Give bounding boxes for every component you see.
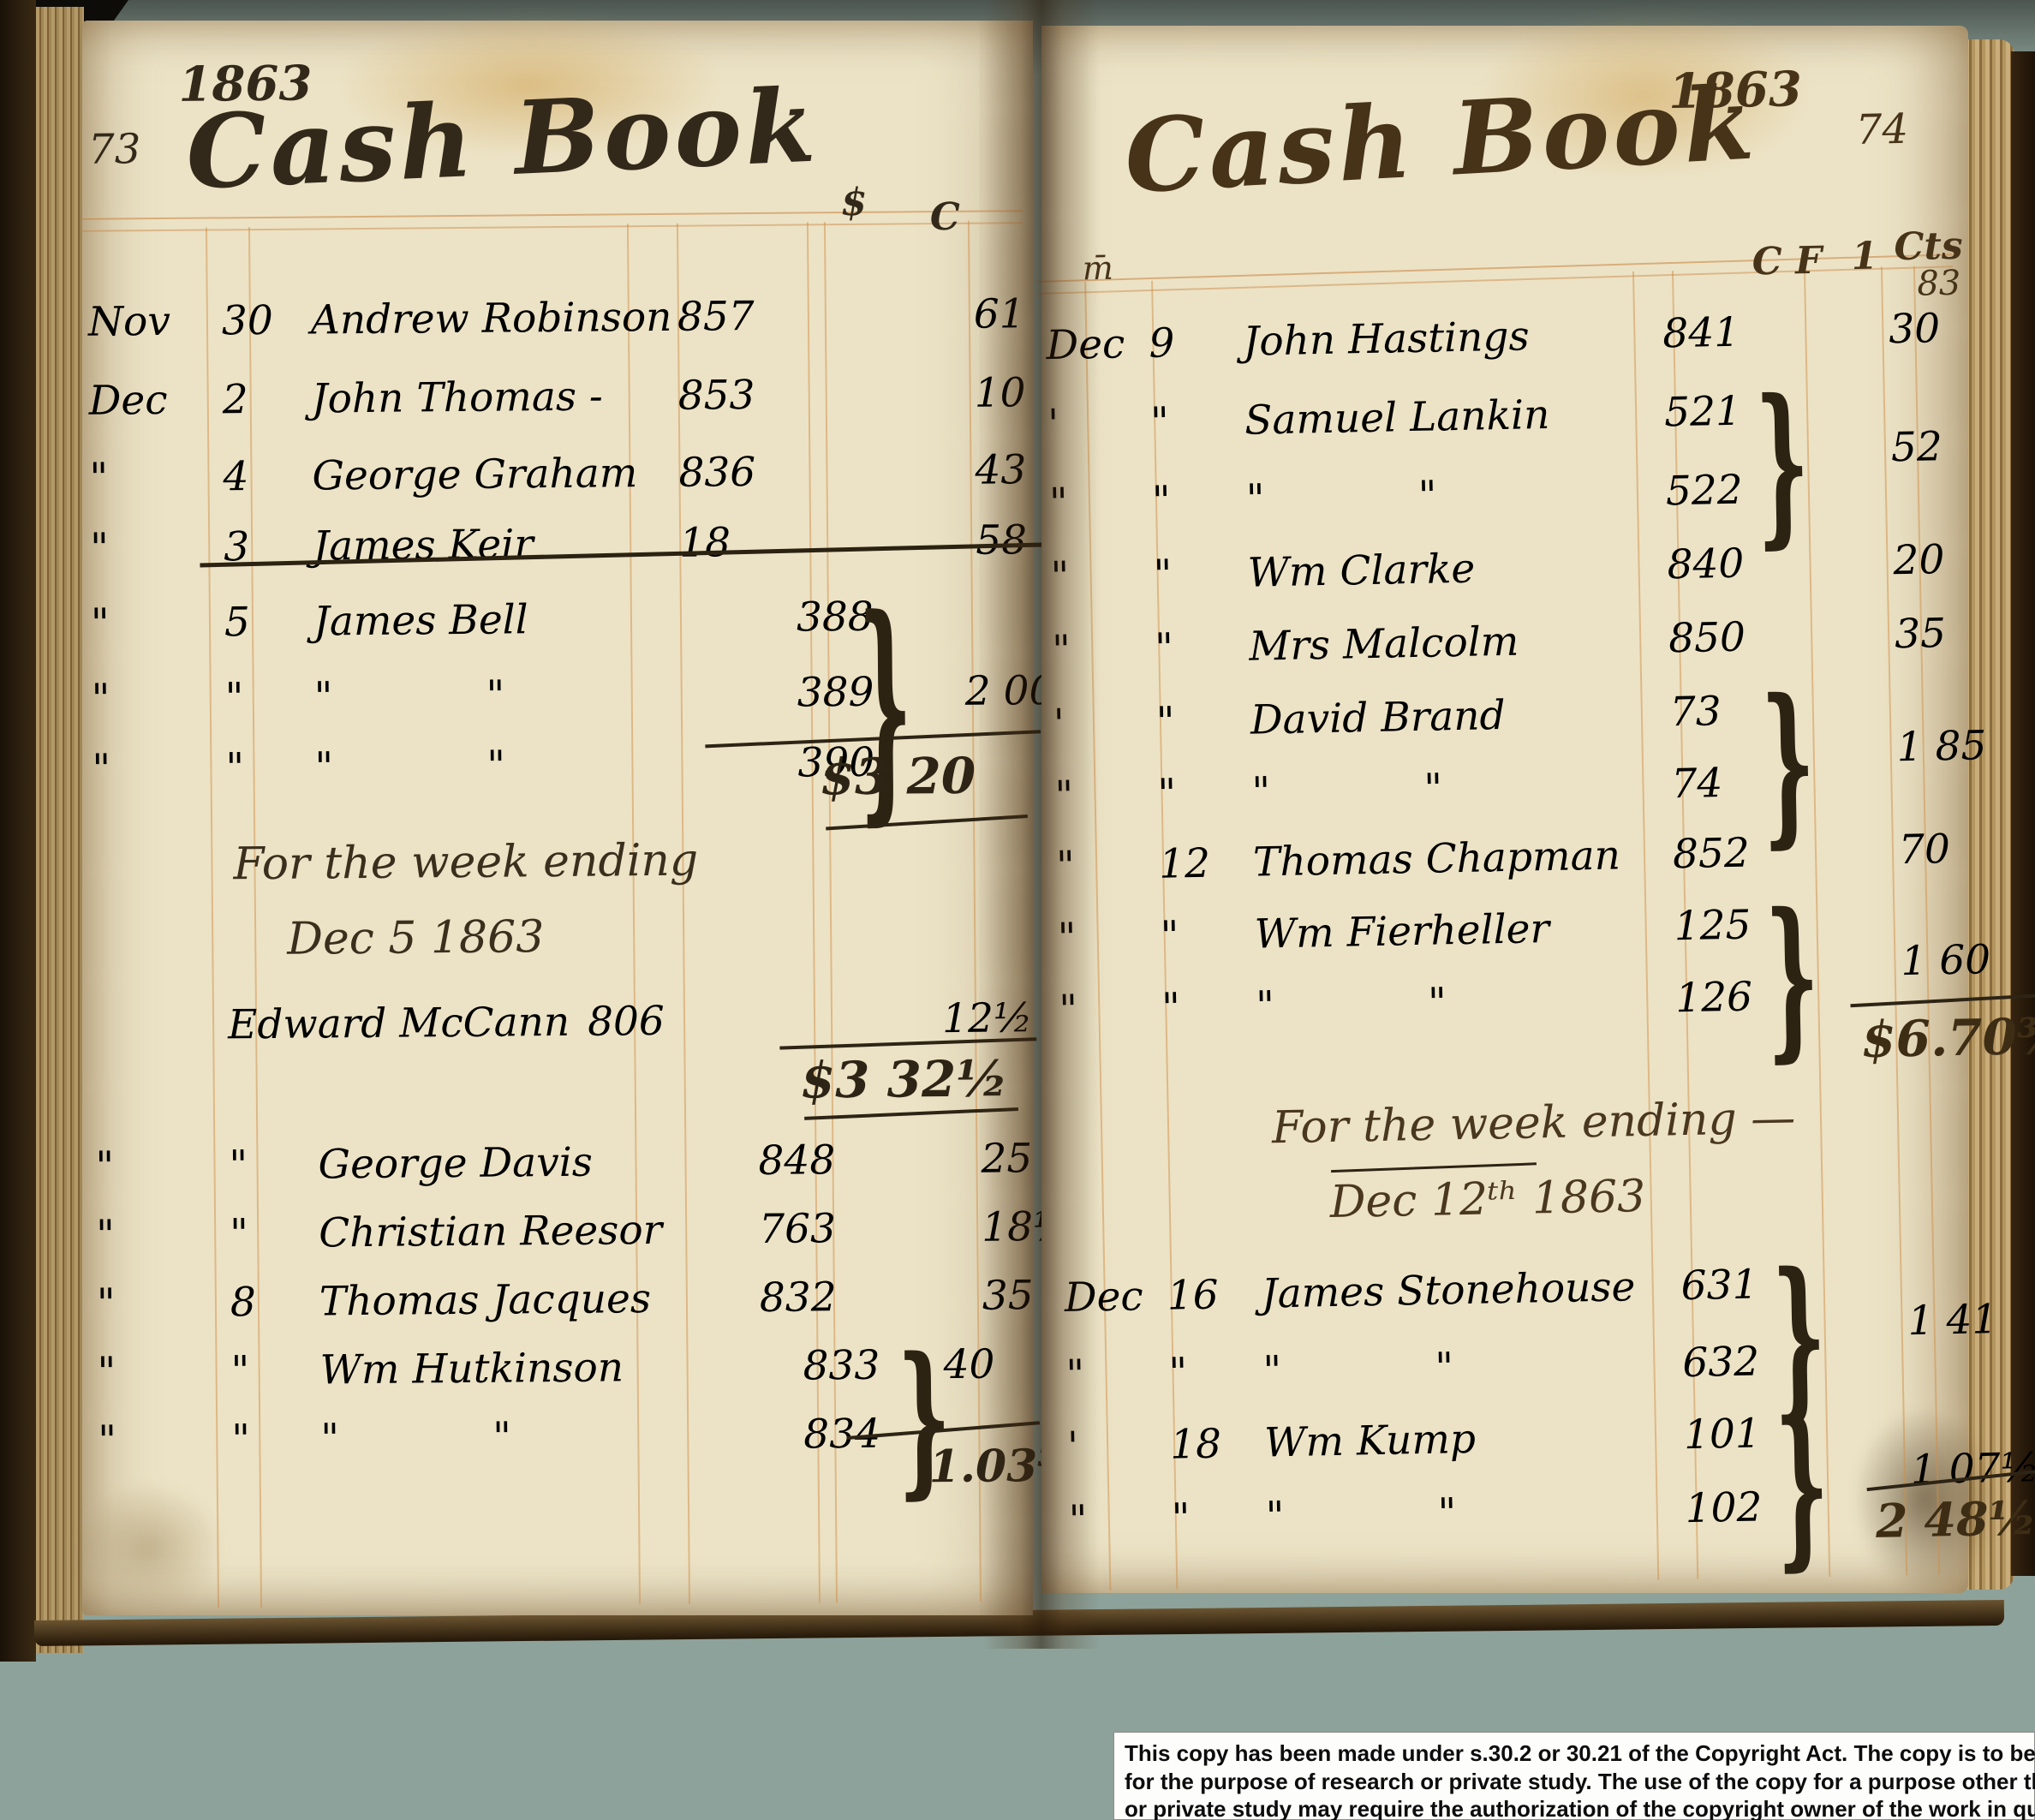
entry-name: John Hastings [1243, 313, 1530, 365]
page-number: 74 [1855, 105, 1908, 154]
entry-day: " [1155, 624, 1174, 671]
entry-month: " [96, 1212, 115, 1259]
entry-month: Dec [88, 377, 167, 425]
ledger-row: " " George Davis 848 25 [85, 1135, 1036, 1212]
ledger-scan: 1863 73 Cash Book $ C Nov 30 Andrew Robi… [0, 0, 2035, 1820]
ledger-row: ' " David Brand 73 1 85 [1039, 683, 1966, 770]
entry-ref: 74 [1671, 760, 1723, 808]
book-spine-shadow [983, 0, 1100, 1649]
entry-ref: 848 [758, 1137, 835, 1184]
entry-day: 12 [1159, 840, 1211, 888]
ledger-row: " 4 George Graham 836 43 [79, 446, 1030, 523]
entry-day: 9 [1149, 319, 1175, 367]
entry-ref: 833 [803, 1342, 880, 1390]
entry-month: " [92, 676, 110, 723]
ledger-row: Dec 2 John Thomas - 853 10 [78, 369, 1029, 446]
ledger-row: " " Mrs Malcolm 850 35 [1038, 610, 1966, 696]
entry-name: George Davis [318, 1139, 593, 1189]
entry-month: " [95, 1143, 114, 1190]
entry-name: James Bell [313, 596, 528, 645]
group-total: $6.70¾ [1861, 1006, 2035, 1069]
entry-day: " [230, 1210, 248, 1257]
week-note-line2: Dec 5 1863 [287, 911, 545, 965]
entry-day: " [231, 1416, 250, 1463]
ledger-row: Dec 9 John Hastings 841 30 [1032, 305, 1960, 391]
column-header-one: 1 [1851, 235, 1878, 279]
entry-ref: 101 [1684, 1410, 1762, 1459]
entry-name: John Thomas - [311, 373, 603, 423]
page-number: 73 [88, 125, 141, 174]
entry-name: Edward McCann [228, 999, 570, 1048]
entry-day: " [1171, 1495, 1191, 1542]
page-title: Cash Book [1122, 63, 1760, 216]
copyright-line: or private study may require the authori… [1125, 1795, 2026, 1820]
entry-ref: 836 [678, 449, 755, 497]
entry-day: " [1160, 912, 1179, 959]
entry-ref: 857 [677, 293, 755, 341]
entry-name: David Brand [1250, 692, 1506, 744]
entry-name: Andrew Robinson [311, 294, 672, 344]
column-header-cents: C [930, 195, 960, 239]
entry-name-ditto: " " [314, 743, 505, 791]
entry-day: " [1153, 551, 1173, 598]
entry-ref: 73 [1669, 688, 1722, 736]
grouping-brace: } [1754, 361, 1811, 564]
paper-stain [71, 1479, 226, 1618]
entry-month: " [92, 746, 110, 793]
week-note-line2: Dec 12ᵗʰ 1863 [1329, 1171, 1646, 1228]
entry-name: James Stonehouse [1261, 1263, 1636, 1317]
entry-name: Wm Kump [1264, 1416, 1477, 1467]
entry-day: 2 [222, 376, 248, 423]
ledger-row: " " " " 834 [87, 1409, 1039, 1486]
entry-day: 16 [1167, 1272, 1219, 1320]
column-header-cf: C F [1752, 239, 1823, 284]
entry-day: 18 [1170, 1420, 1222, 1468]
entry-name-ditto: " " [1265, 1489, 1457, 1540]
entry-ref: 852 [1673, 830, 1751, 879]
grouping-brace: } [1774, 1383, 1830, 1587]
entry-ref: 18 [679, 519, 731, 567]
entry-month: " [98, 1417, 116, 1465]
ledger-row: " " " " 102 [1054, 1479, 1982, 1566]
ledger-row: " " Wm Clarke 840 20 [1036, 536, 1964, 623]
entry-day: " [225, 674, 244, 721]
week-note-line1: For the week ending — [1272, 1093, 1796, 1155]
entry-name-ditto: " " [1251, 765, 1443, 815]
entry-ref: 840 [1667, 540, 1745, 589]
entry-month: " [91, 600, 110, 647]
entry-day: 30 [222, 297, 273, 345]
entry-day: " [1151, 477, 1171, 524]
ledger-row: " " " " 126 [1045, 970, 1972, 1056]
entry-ref: 841 [1662, 309, 1740, 358]
entry-name-ditto: " " [1245, 472, 1437, 522]
entry-day: " [225, 744, 244, 791]
entry-ref: 832 [760, 1274, 837, 1322]
entry-ref: 521 [1664, 388, 1742, 437]
grouping-brace: } [1764, 874, 1821, 1078]
column-header-cts: Cts [1894, 224, 1963, 270]
entry-month: " [97, 1280, 116, 1328]
entry-name: Mrs Malcolm [1249, 618, 1519, 671]
column-header-dollar: $ [841, 181, 868, 224]
header-rule [82, 210, 1023, 232]
entry-day: " [1168, 1349, 1188, 1396]
week-note-line1: For the week ending [233, 835, 698, 891]
entry-name: Wm Hutkinson [319, 1344, 624, 1393]
entry-day: 5 [224, 599, 250, 646]
entry-ref: 763 [759, 1205, 836, 1253]
entry-name-ditto: " " [314, 672, 505, 721]
ledger-row: " " Wm Hutkinson 833 40 [87, 1340, 1038, 1417]
entry-amount: 35 [1895, 610, 1947, 658]
entry-day: 4 [223, 453, 248, 500]
copyright-line: for the purpose of research or private s… [1125, 1768, 2026, 1796]
entry-day: " [1150, 398, 1170, 445]
entry-month: " [97, 1349, 116, 1396]
entry-name: Samuel Lankin [1244, 391, 1550, 445]
entry-name: Thomas Jacques [319, 1275, 652, 1325]
entry-amount: 20 [1893, 536, 1945, 584]
column-header-stray: 83 [1917, 264, 1961, 304]
entry-ref: 850 [1668, 614, 1746, 663]
ledger-row: Nov 30 Andrew Robinson 857 61 [78, 290, 1029, 367]
entry-month: Nov [88, 298, 170, 346]
entry-name-ditto: " " [1256, 979, 1447, 1029]
entry-name: Wm Fierheller [1254, 905, 1549, 958]
book-cover-right-edge [2011, 51, 2035, 1576]
ledger-row: " " Wm Fierheller 125 1 60 [1043, 898, 1971, 984]
ledger-row: Dec 16 James Stonehouse 631 1 41 [1050, 1257, 1978, 1344]
note-underline [1331, 1162, 1537, 1173]
entry-name: Thomas Chapman [1253, 832, 1621, 886]
copyright-line: This copy has been made under s.30.2 or … [1125, 1739, 2026, 1768]
entry-ref: 102 [1685, 1483, 1763, 1532]
entry-name: Wm Clarke [1247, 546, 1476, 597]
entry-ref: 632 [1682, 1338, 1760, 1387]
book-cover-left-edge [0, 0, 36, 1662]
entry-day: " [1155, 698, 1175, 745]
ledger-page-left: 1863 73 Cash Book $ C Nov 30 Andrew Robi… [82, 21, 1033, 1615]
copyright-notice: This copy has been made under s.30.2 or … [1113, 1732, 2035, 1820]
entry-day: " [229, 1142, 248, 1189]
entry-ref: 125 [1674, 902, 1752, 951]
entry-day: 8 [230, 1279, 256, 1326]
entry-amount: 70 [1898, 826, 1950, 874]
page-total: 2 48½ [1875, 1490, 2035, 1548]
entry-amount: 30 [1889, 305, 1941, 353]
entry-name: George Graham [312, 450, 637, 499]
ledger-row: " " " " 632 [1052, 1334, 1979, 1420]
ledger-row: " 8 Thomas Jacques 832 35 [87, 1272, 1038, 1349]
entry-ref: 853 [677, 372, 755, 420]
entry-ref: 522 [1665, 467, 1743, 516]
group-total: $3 20 [820, 747, 976, 807]
entry-name-ditto: " " [1262, 1344, 1454, 1394]
ledger-page-right: 1863 74 Cash Book m̄ C F 1 Cts 83 Dec 9 … [1041, 26, 1968, 1593]
entry-ref: 126 [1675, 973, 1753, 1022]
ledger-row: ' " Samuel Lankin 521 52 [1034, 384, 1961, 470]
ledger-row: ' 18 Wm Kump 101 1 07½ [1053, 1405, 1981, 1492]
entry-month: " [90, 525, 109, 572]
entry-month: " [89, 455, 108, 502]
entry-name: Christian Reesor [319, 1207, 662, 1256]
ledger-row: " " Christian Reesor 763 18½ [86, 1203, 1037, 1280]
entry-day: " [1157, 770, 1177, 817]
entry-day: " [1161, 984, 1181, 1031]
entry-day: " [230, 1347, 249, 1394]
entry-ref: 631 [1680, 1261, 1758, 1310]
ledger-row: " " " " 522 [1035, 462, 1963, 549]
entry-ref: 806 [588, 998, 665, 1046]
subtotal: $3 32½ [800, 1049, 1008, 1109]
entry-name-ditto: " " [320, 1414, 511, 1463]
